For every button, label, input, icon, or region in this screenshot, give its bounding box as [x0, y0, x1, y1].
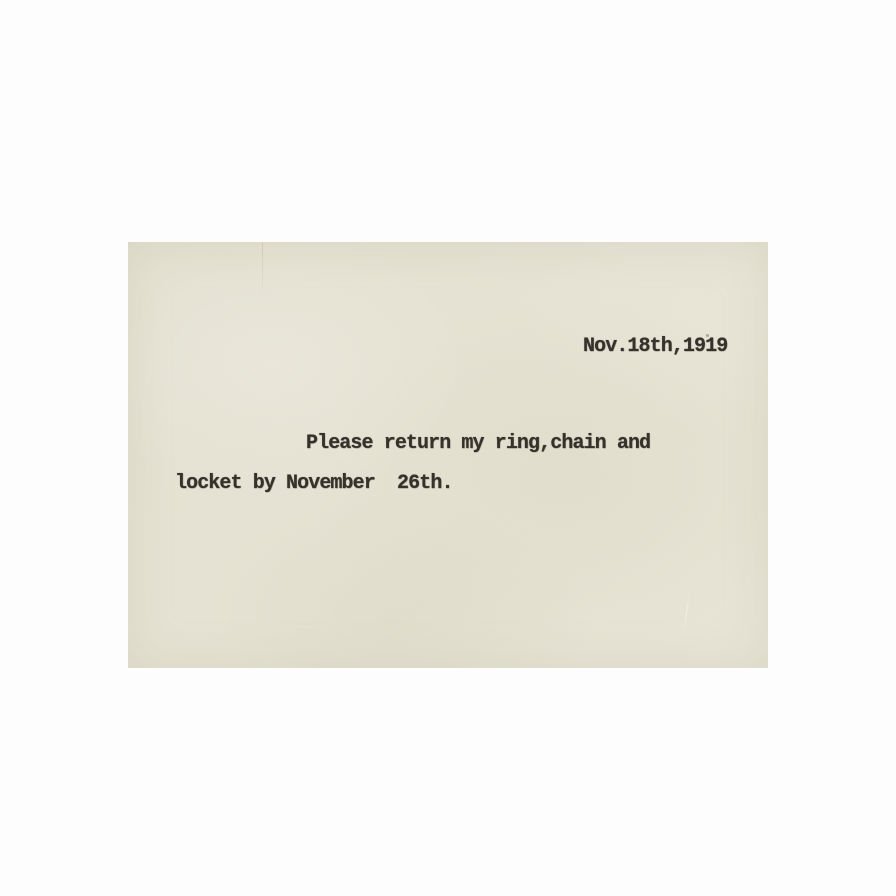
scanned-page: Nov.18th,1919 Please return my ring,chai…	[0, 0, 896, 896]
note-card: Nov.18th,1919 Please return my ring,chai…	[128, 242, 768, 668]
body-line-1: Please return my ring,chain and	[306, 432, 650, 456]
date-line: Nov.18th,1919	[583, 335, 727, 359]
paper-scratch	[683, 590, 690, 636]
body-line-2: locket by November 26th.	[175, 472, 453, 496]
paper-crease	[262, 242, 263, 300]
